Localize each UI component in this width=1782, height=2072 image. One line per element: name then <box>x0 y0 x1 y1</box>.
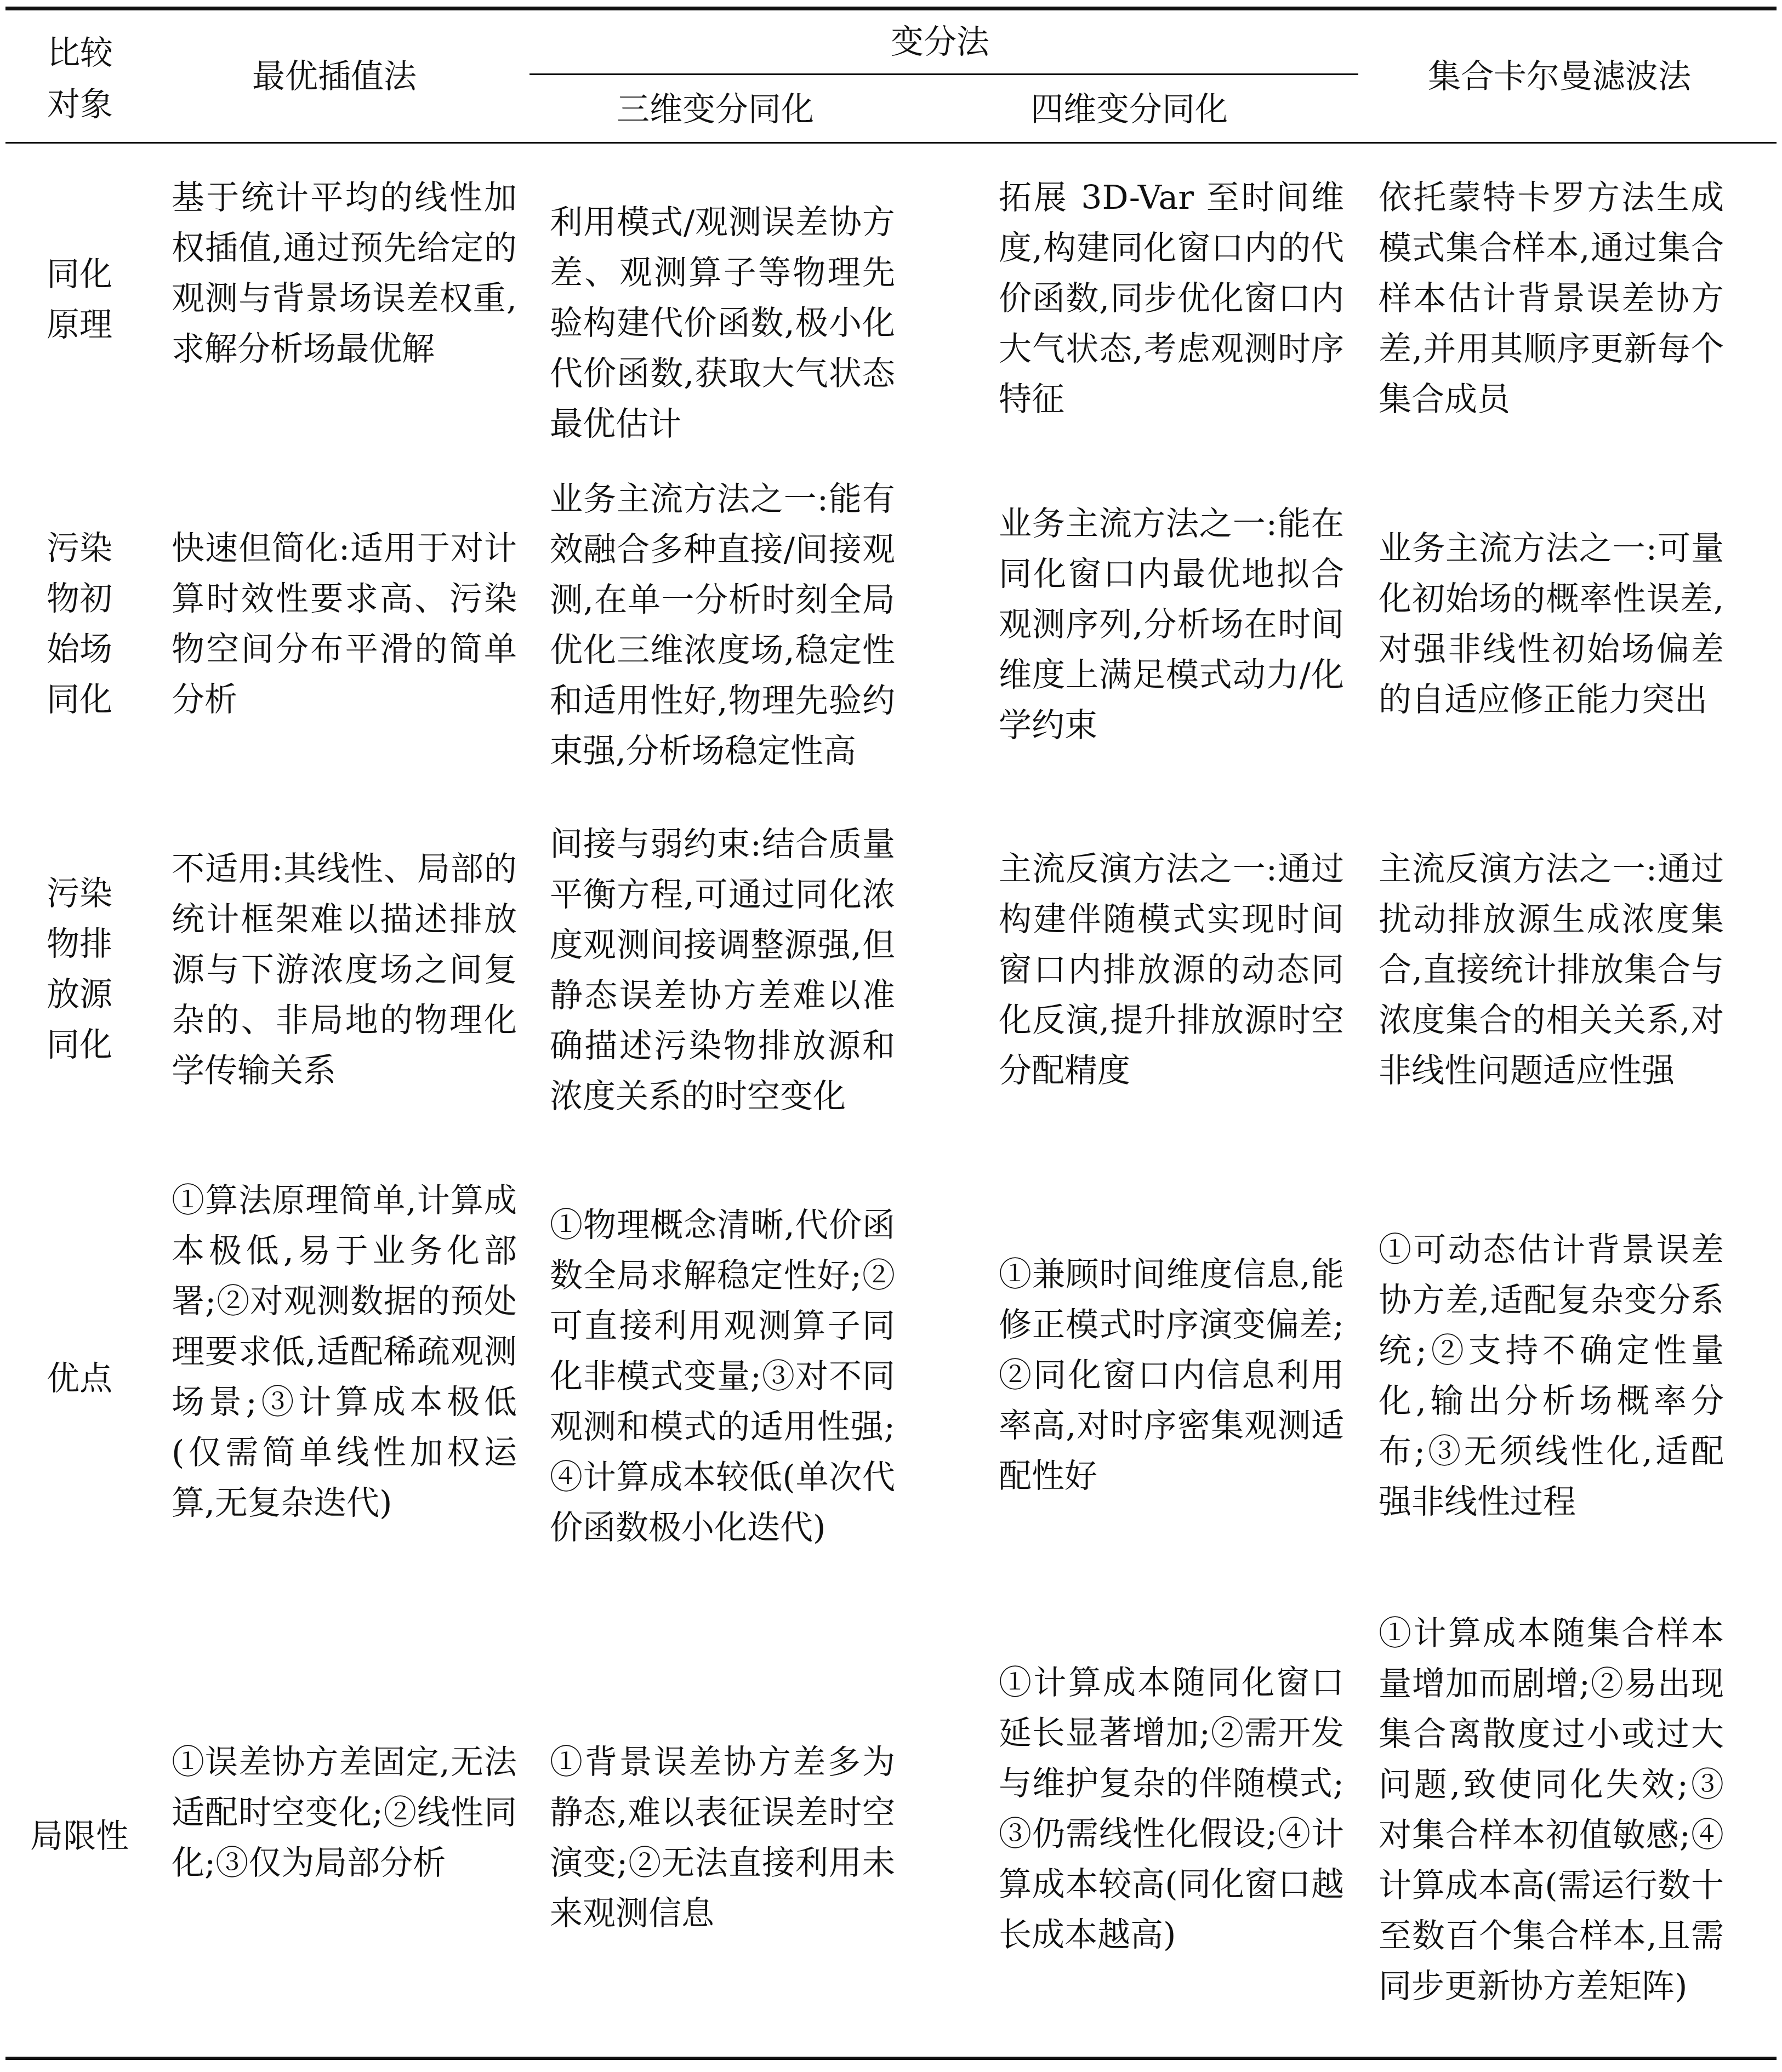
cell-enkf: ①可动态估计背景误差协方差,适配复杂变分系统;②支持不确定性量化,输出分析场概率… <box>1379 1225 1724 1527</box>
header-3dvar: 三维变分同化 <box>617 85 814 134</box>
cell-4dvar: 拓展 3D-Var 至时间维度,构建同化窗口内的代价函数,同步优化窗口内大气状态… <box>999 173 1344 425</box>
row-label: 优点 <box>25 1354 134 1404</box>
cell-oi: ①误差协方差固定,无法适配时空变化;②线性同化;③仅为局部分析 <box>172 1737 517 1888</box>
cell-oi: 快速但简化:适用于对计算时效性要求高、污染物空间分布平滑的简单分析 <box>172 523 517 725</box>
row-label: 污染 物初 始场 同化 <box>25 523 134 725</box>
cell-4dvar: ①计算成本随同化窗口延长显著增加;②需开发与维护复杂的伴随模式;③仍需线性化假设… <box>999 1658 1344 1960</box>
cell-3dvar: ①背景误差协方差多为静态,难以表征误差时空演变;②无法直接利用未来观测信息 <box>550 1737 895 1939</box>
bottom-rule <box>5 2057 1777 2060</box>
cell-enkf: 业务主流方法之一:可量化初始场的概率性误差,对强非线性初始场偏差的自适应修正能力… <box>1379 523 1724 725</box>
cell-oi: ①算法原理简单,计算成本极低,易于业务化部署;②对观测数据的预处理要求低,适配稀… <box>172 1175 517 1528</box>
row-label: 污染 物排 放源 同化 <box>25 869 134 1070</box>
header-compare-line2: 对象 <box>47 80 113 129</box>
header-oi: 最优插值法 <box>252 52 417 101</box>
row-label: 同化 原理 <box>25 249 134 350</box>
cell-oi: 基于统计平均的线性加权插值,通过预先给定的观测与背景场误差权重,求解分析场最优解 <box>172 173 517 374</box>
header-compare-line1: 比较 <box>47 28 113 78</box>
cell-3dvar: 间接与弱约束:结合质量平衡方程,可通过同化浓度观测间接调整源强,但静态误差协方差… <box>550 819 895 1122</box>
cell-4dvar: ①兼顾时间维度信息,能修正模式时序演变偏差;②同化窗口内信息利用率高,对时序密集… <box>999 1249 1344 1502</box>
cell-enkf: 主流反演方法之一:通过扰动排放源生成浓度集合,直接统计排放集合与浓度集合的相关关… <box>1379 844 1724 1096</box>
header-var-group: 变分法 <box>891 18 989 67</box>
cell-4dvar: 业务主流方法之一:能在同化窗口内最优地拟合观测序列,分析场在时间维度上满足模式动… <box>999 499 1344 751</box>
row-label: 局限性 <box>25 1811 134 1862</box>
cell-enkf: ①计算成本随集合样本量增加而剧增;②易出现集合离散度过小或过大问题,致使同化失效… <box>1379 1608 1724 2012</box>
group-rule <box>530 73 1358 75</box>
cell-4dvar: 主流反演方法之一:通过构建伴随模式实现时间窗口内排放源的动态同化反演,提升排放源… <box>999 844 1344 1096</box>
cell-enkf: 依托蒙特卡罗方法生成模式集合样本,通过集合样本估计背景误差协方差,并用其顺序更新… <box>1379 173 1724 425</box>
cell-3dvar: 业务主流方法之一:能有效融合多种直接/间接观测,在单一分析时刻全局优化三维浓度场… <box>550 474 895 777</box>
header-enkf: 集合卡尔曼滤波法 <box>1428 52 1691 101</box>
header-bottom-rule <box>5 142 1777 144</box>
cell-oi: 不适用:其线性、局部的统计框架难以描述排放源与下游浓度场之间复杂的、非局地的物理… <box>172 844 517 1096</box>
cell-3dvar: 利用模式/观测误差协方差、观测算子等物理先验构建代价函数,极小化代价函数,获取大… <box>550 197 895 449</box>
top-rule <box>5 7 1777 10</box>
cell-3dvar: ①物理概念清晰,代价函数全局求解稳定性好;②可直接利用观测算子同化非模式变量;③… <box>550 1200 895 1553</box>
header-4dvar: 四维变分同化 <box>1031 85 1228 134</box>
